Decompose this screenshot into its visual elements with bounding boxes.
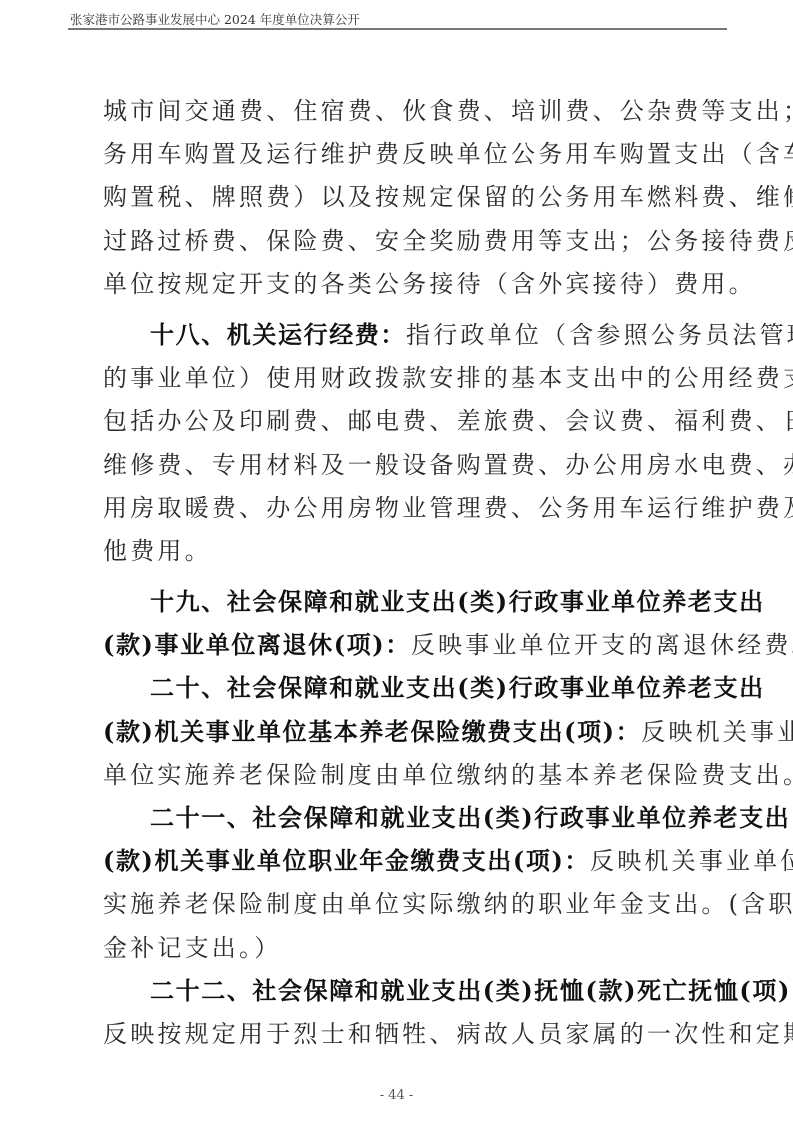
section-heading: 十八、机关运行经费： [150,320,406,349]
text-line: 十八、机关运行经费：指行政单位（含参照公务员法管理 [103,313,703,356]
text-line: 金补记支出。） [103,926,703,969]
text-line: 务用车购置及运行维护费反映单位公务用车购置支出（含车辆 [103,132,703,175]
line-text: 务用车购置及运行维护费反映单位公务用车购置支出（含车辆 [103,140,793,168]
line-text: 金补记支出。） [103,934,281,962]
text-line: 购置税、牌照费）以及按规定保留的公务用车燃料费、维修费、 [103,175,703,218]
line-text: 反映机关事业单位 [590,847,793,875]
line-text: 他费用。 [103,537,212,565]
line-text: 包括办公及印刷费、邮电费、差旅费、会议费、福利费、日常 [103,407,793,435]
line-text: 单位实施养老保险制度由单位缴纳的基本养老保险费支出。 [103,761,793,789]
line-text: 反映事业单位开支的离退休经费。 [411,631,793,659]
section-heading: 二十二、社会保障和就业支出(类)抚恤(款)死亡抚恤(项)： [150,976,793,1005]
text-line: (款)机关事业单位职业年金缴费支出(项)：反映机关事业单位 [103,839,703,882]
section-heading: (款)机关事业单位职业年金缴费支出(项)： [103,846,590,875]
line-text: 实施养老保险制度由单位实际缴纳的职业年金支出。(含职业年 [103,890,793,918]
text-line: 反映按规定用于烈士和牺牲、病故人员家属的一次性和定期抚 [103,1012,703,1055]
text-line: (款)事业单位离退休(项)：反映事业单位开支的离退休经费。 [103,623,703,666]
line-text: 城市间交通费、住宿费、伙食费、培训费、公杂费等支出；公 [103,97,793,125]
line-text: 过路过桥费、保险费、安全奖励费用等支出；公务接待费反映 [103,227,793,255]
paragraph-section-18: 十八、机关运行经费：指行政单位（含参照公务员法管理 的事业单位）使用财政拨款安排… [103,313,703,572]
line-text: 购置税、牌照费）以及按规定保留的公务用车燃料费、维修费、 [103,183,793,211]
text-line: 用房取暖费、办公用房物业管理费、公务用车运行维护费及其 [103,486,703,529]
line-text: 反映机关事业 [641,718,793,746]
text-line: 二十一、社会保障和就业支出(类)行政事业单位养老支出 [103,796,703,839]
paragraph: 城市间交通费、住宿费、伙食费、培训费、公杂费等支出；公 务用车购置及运行维护费反… [103,89,703,305]
page-number: - 44 - [0,1088,793,1103]
text-line: 他费用。 [103,529,703,572]
text-line: 单位实施养老保险制度由单位缴纳的基本养老保险费支出。 [103,753,703,796]
paragraph-section-19: 十九、社会保障和就业支出(类)行政事业单位养老支出 (款)事业单位离退休(项)：… [103,580,703,666]
paragraph-section-20: 二十、社会保障和就业支出(类)行政事业单位养老支出 (款)机关事业单位基本养老保… [103,666,703,796]
text-line: 的事业单位）使用财政拨款安排的基本支出中的公用经费支出， [103,356,703,399]
text-line: (款)机关事业单位基本养老保险缴费支出(项)：反映机关事业 [103,710,703,753]
line-text: 单位按规定开支的各类公务接待（含外宾接待）费用。 [103,270,756,298]
line-text: 指行政单位（含参照公务员法管理 [406,321,793,349]
section-heading: (款)机关事业单位基本养老保险缴费支出(项)： [103,717,641,746]
document-body: 城市间交通费、住宿费、伙食费、培训费、公杂费等支出；公 务用车购置及运行维护费反… [103,89,703,1055]
paragraph-gap [103,572,703,580]
section-heading: (款)事业单位离退休(项)： [103,630,411,659]
document-header-title: 张家港市公路事业发展中心 2024 年度单位决算公开 [70,10,360,28]
header-divider [68,28,727,30]
text-line: 单位按规定开支的各类公务接待（含外宾接待）费用。 [103,262,703,305]
text-line: 包括办公及印刷费、邮电费、差旅费、会议费、福利费、日常 [103,399,703,442]
text-line: 十九、社会保障和就业支出(类)行政事业单位养老支出 [103,580,703,623]
text-line: 过路过桥费、保险费、安全奖励费用等支出；公务接待费反映 [103,219,703,262]
paragraph-section-21: 二十一、社会保障和就业支出(类)行政事业单位养老支出 (款)机关事业单位职业年金… [103,796,703,969]
text-line: 二十二、社会保障和就业支出(类)抚恤(款)死亡抚恤(项)： [103,969,703,1012]
paragraph-gap [103,305,703,313]
text-line: 城市间交通费、住宿费、伙食费、培训费、公杂费等支出；公 [103,89,703,132]
line-text: 反映按规定用于烈士和牺牲、病故人员家属的一次性和定期抚 [103,1020,793,1048]
line-text: 的事业单位）使用财政拨款安排的基本支出中的公用经费支出， [103,364,793,392]
section-heading: 十九、社会保障和就业支出(类)行政事业单位养老支出 [150,587,765,616]
section-heading: 二十一、社会保障和就业支出(类)行政事业单位养老支出 [150,803,790,832]
text-line: 实施养老保险制度由单位实际缴纳的职业年金支出。(含职业年 [103,882,703,925]
paragraph-section-22: 二十二、社会保障和就业支出(类)抚恤(款)死亡抚恤(项)： 反映按规定用于烈士和… [103,969,703,1055]
text-line: 二十、社会保障和就业支出(类)行政事业单位养老支出 [103,666,703,709]
section-heading: 二十、社会保障和就业支出(类)行政事业单位养老支出 [150,673,765,702]
line-text: 维修费、专用材料及一般设备购置费、办公用房水电费、办公 [103,451,793,479]
text-line: 维修费、专用材料及一般设备购置费、办公用房水电费、办公 [103,443,703,486]
line-text: 用房取暖费、办公用房物业管理费、公务用车运行维护费及其 [103,494,793,522]
